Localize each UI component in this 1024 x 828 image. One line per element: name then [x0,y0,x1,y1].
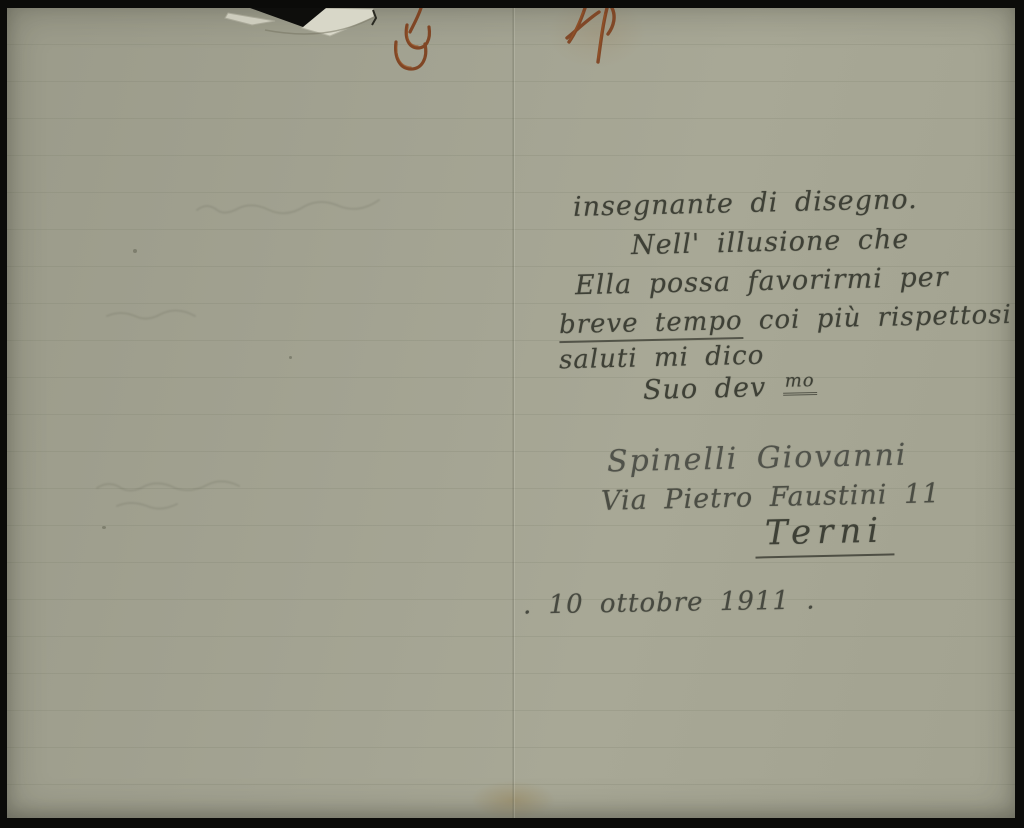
fold-crease [512,8,515,818]
letter-line-1: insegnante di disegno. [573,184,918,223]
underlined-phrase: breve tempo [559,306,743,343]
torn-notch [207,8,407,68]
paperclip-rust-stain-left [387,8,457,83]
paper-speck [289,356,292,359]
valediction-superscript: mo [782,370,816,396]
valediction-main: Suo dev [643,372,767,406]
torn-flap-left [225,13,275,25]
letter-line-4: breve tempo coi più rispettosi [559,300,1013,340]
ink-bleedthrough [77,188,477,518]
paper-speck [102,526,106,529]
date-line: . 10 ottobre 1911 . [523,585,816,620]
paper-speck [133,249,137,253]
letter-line-2: Nell' illusione che [631,224,910,261]
signature-name: Spinelli Giovanni [607,438,908,480]
paperclip-rust-stain-right [557,8,627,78]
letter-line-5: saluti mi dico [559,341,765,376]
letter-line-3: Ella possa favorirmi per [575,262,949,301]
scan-background: insegnante di disegno. Nell' illusione c… [0,0,1024,828]
valediction: Suo dev mo [643,370,817,406]
letter-line-4-rest: coi più rispettosi [759,300,1013,336]
signature-city: Terni [755,510,895,558]
letter-paper: insegnante di disegno. Nell' illusione c… [7,8,1015,818]
